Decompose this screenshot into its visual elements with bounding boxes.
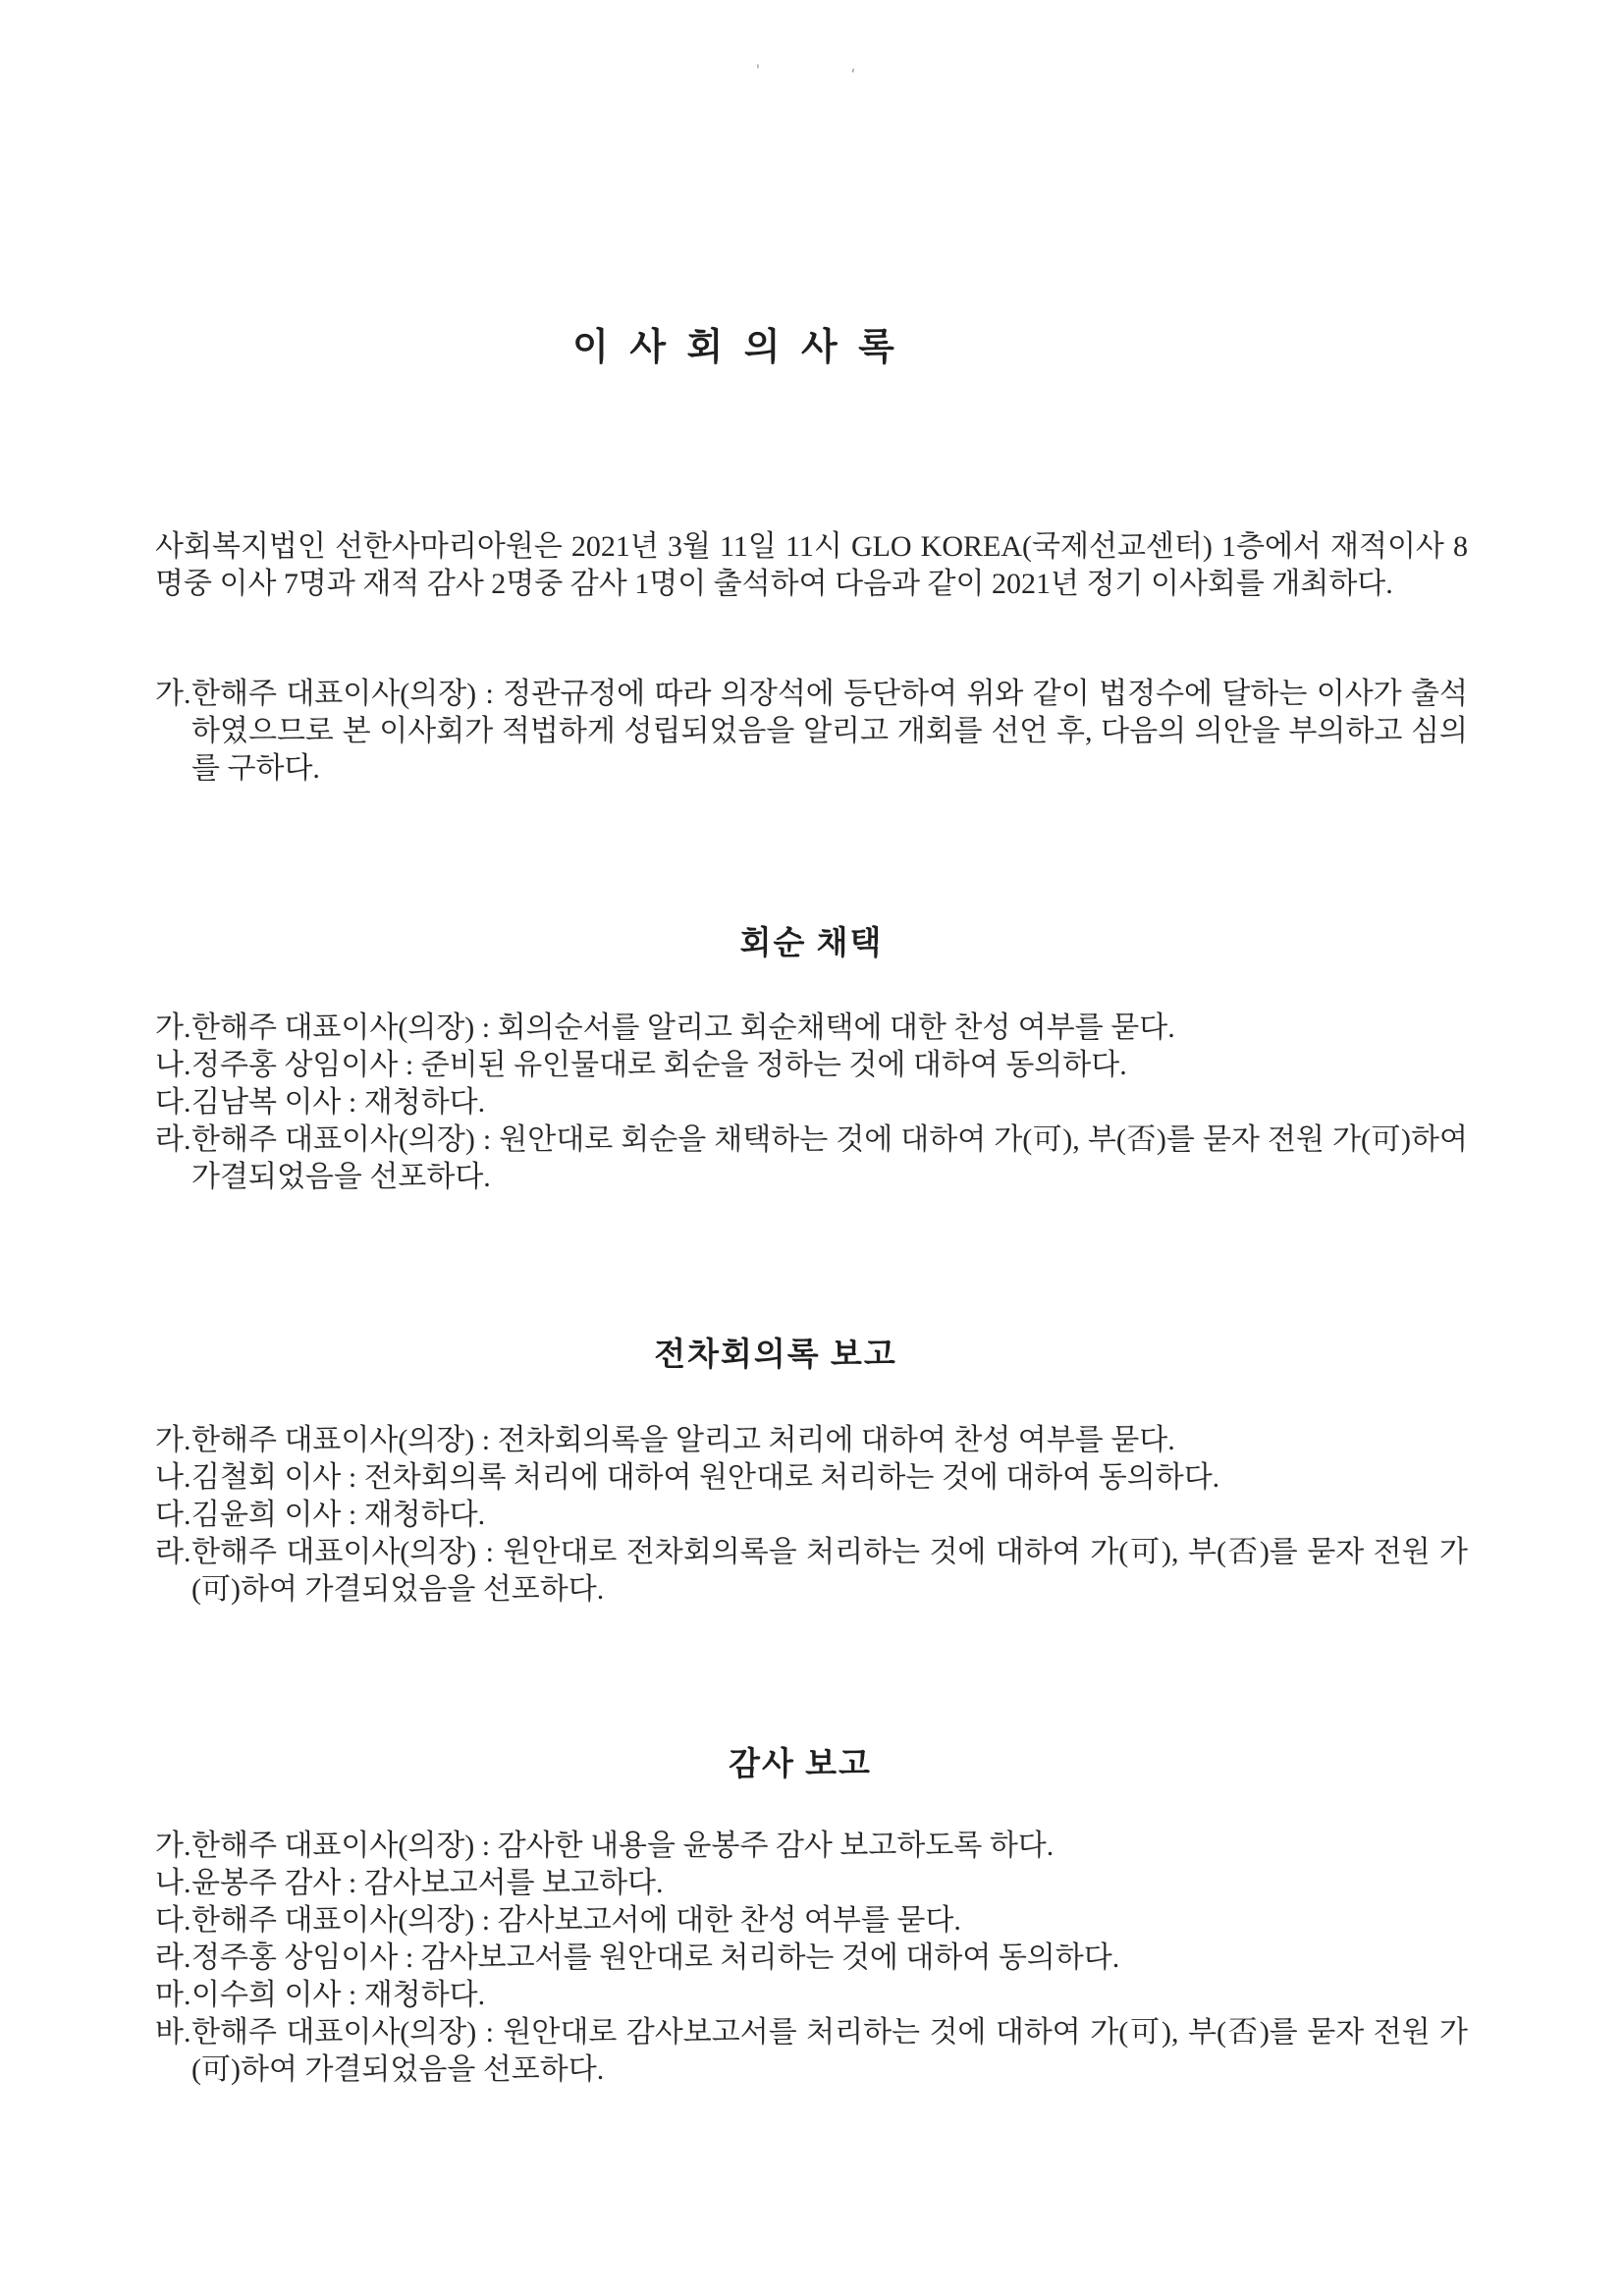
list-item: 나. 정주홍 상임이사 : 준비된 유인물대로 회순을 정하는 것에 대하여 동…	[155, 1047, 1468, 1084]
item-marker: 라.	[155, 1534, 191, 1571]
list-item: 다. 한해주 대표이사(의장) : 감사보고서에 대한 찬성 여부를 묻다.	[155, 1902, 1468, 1940]
section-audit-report-items: 가. 한해주 대표이사(의장) : 감사한 내용을 윤봉주 감사 보고하도록 하…	[155, 1828, 1468, 2089]
list-item: 다. 김윤희 이사 : 재청하다.	[155, 1497, 1468, 1534]
item-text: 윤봉주 감사 : 감사보고서를 보고하다.	[191, 1865, 1468, 1902]
item-marker: 가.	[155, 1010, 191, 1047]
item-marker: 다.	[155, 1084, 191, 1121]
item-text: 이수희 이사 : 재청하다.	[191, 1977, 1468, 2014]
section-heading-previous-minutes-report: 전차회의록 보고	[0, 1329, 1551, 1375]
list-item: 다. 김남복 이사 : 재청하다.	[155, 1084, 1468, 1121]
item-marker: 나.	[155, 1459, 191, 1497]
list-item: 가. 한해주 대표이사(의장) : 감사한 내용을 윤봉주 감사 보고하도록 하…	[155, 1828, 1468, 1865]
item-text: 한해주 대표이사(의장) : 원안대로 전차회의록을 처리하는 것에 대하여 가…	[191, 1534, 1468, 1609]
intro-paragraph: 사회복지법인 선한사마리아원은 2021년 3월 11일 11시 GLO KOR…	[155, 528, 1468, 603]
item-text: 한해주 대표이사(의장) : 회의순서를 알리고 회순채택에 대한 찬성 여부를…	[191, 1010, 1468, 1047]
item-text: 김남복 이사 : 재청하다.	[191, 1084, 1468, 1121]
scanned-document-page: ' ' 이 사 회 의 사 록 사회복지법인 선한사마리아원은 2021년 3월…	[0, 0, 1623, 2296]
opening-item: 가. 한해주 대표이사(의장) : 정관규정에 따라 의장석에 등단하여 위와 …	[155, 676, 1468, 788]
list-item: 가. 한해주 대표이사(의장) : 전차회의록을 알리고 처리에 대하여 찬성 …	[155, 1422, 1468, 1459]
section-agenda-adoption-items: 가. 한해주 대표이사(의장) : 회의순서를 알리고 회순채택에 대한 찬성 …	[155, 1010, 1468, 1196]
item-text: 한해주 대표이사(의장) : 감사한 내용을 윤봉주 감사 보고하도록 하다.	[191, 1828, 1468, 1865]
item-marker: 마.	[155, 1977, 191, 2014]
list-item: 가. 한해주 대표이사(의장) : 회의순서를 알리고 회순채택에 대한 찬성 …	[155, 1010, 1468, 1047]
item-text: 김철회 이사 : 전차회의록 처리에 대하여 원안대로 처리하는 것에 대하여 …	[191, 1459, 1468, 1497]
item-marker: 바.	[155, 2014, 191, 2051]
item-marker: 라.	[155, 1121, 191, 1159]
scan-speck-mark: '	[848, 67, 855, 82]
section-previous-minutes-items: 가. 한해주 대표이사(의장) : 전차회의록을 알리고 처리에 대하여 찬성 …	[155, 1422, 1468, 1609]
page-title: 이 사 회 의 사 록	[0, 316, 1473, 370]
item-text: 한해주 대표이사(의장) : 정관규정에 따라 의장석에 등단하여 위와 같이 …	[191, 676, 1468, 788]
section-heading-audit-report: 감사 보고	[0, 1738, 1600, 1784]
list-item: 바. 한해주 대표이사(의장) : 원안대로 감사보고서를 처리하는 것에 대하…	[155, 2014, 1468, 2089]
list-item: 나. 김철회 이사 : 전차회의록 처리에 대하여 원안대로 처리하는 것에 대…	[155, 1459, 1468, 1497]
list-item: 라. 한해주 대표이사(의장) : 원안대로 회순을 채택하는 것에 대하여 가…	[155, 1121, 1468, 1196]
item-marker: 라.	[155, 1940, 191, 1977]
section-heading-agenda-adoption: 회순 채택	[0, 917, 1623, 963]
list-item: 마. 이수희 이사 : 재청하다.	[155, 1977, 1468, 2014]
list-item: 라. 한해주 대표이사(의장) : 원안대로 전차회의록을 처리하는 것에 대하…	[155, 1534, 1468, 1609]
item-text: 한해주 대표이사(의장) : 원안대로 감사보고서를 처리하는 것에 대하여 가…	[191, 2014, 1468, 2089]
item-marker: 나.	[155, 1865, 191, 1902]
scan-speck-mark: '	[756, 63, 760, 79]
list-item: 라. 정주홍 상임이사 : 감사보고서를 원안대로 처리하는 것에 대하여 동의…	[155, 1940, 1468, 1977]
item-marker: 가.	[155, 676, 191, 713]
item-marker: 가.	[155, 1828, 191, 1865]
item-text: 김윤희 이사 : 재청하다.	[191, 1497, 1468, 1534]
item-marker: 다.	[155, 1902, 191, 1940]
item-text: 한해주 대표이사(의장) : 전차회의록을 알리고 처리에 대하여 찬성 여부를…	[191, 1422, 1468, 1459]
item-text: 한해주 대표이사(의장) : 원안대로 회순을 채택하는 것에 대하여 가(可)…	[191, 1121, 1468, 1196]
item-text: 정주홍 상임이사 : 준비된 유인물대로 회순을 정하는 것에 대하여 동의하다…	[191, 1047, 1468, 1084]
item-text: 한해주 대표이사(의장) : 감사보고서에 대한 찬성 여부를 묻다.	[191, 1902, 1468, 1940]
list-item: 가. 한해주 대표이사(의장) : 정관규정에 따라 의장석에 등단하여 위와 …	[155, 676, 1468, 788]
item-marker: 가.	[155, 1422, 191, 1459]
list-item: 나. 윤봉주 감사 : 감사보고서를 보고하다.	[155, 1865, 1468, 1902]
item-text: 정주홍 상임이사 : 감사보고서를 원안대로 처리하는 것에 대하여 동의하다.	[191, 1940, 1468, 1977]
item-marker: 나.	[155, 1047, 191, 1084]
item-marker: 다.	[155, 1497, 191, 1534]
